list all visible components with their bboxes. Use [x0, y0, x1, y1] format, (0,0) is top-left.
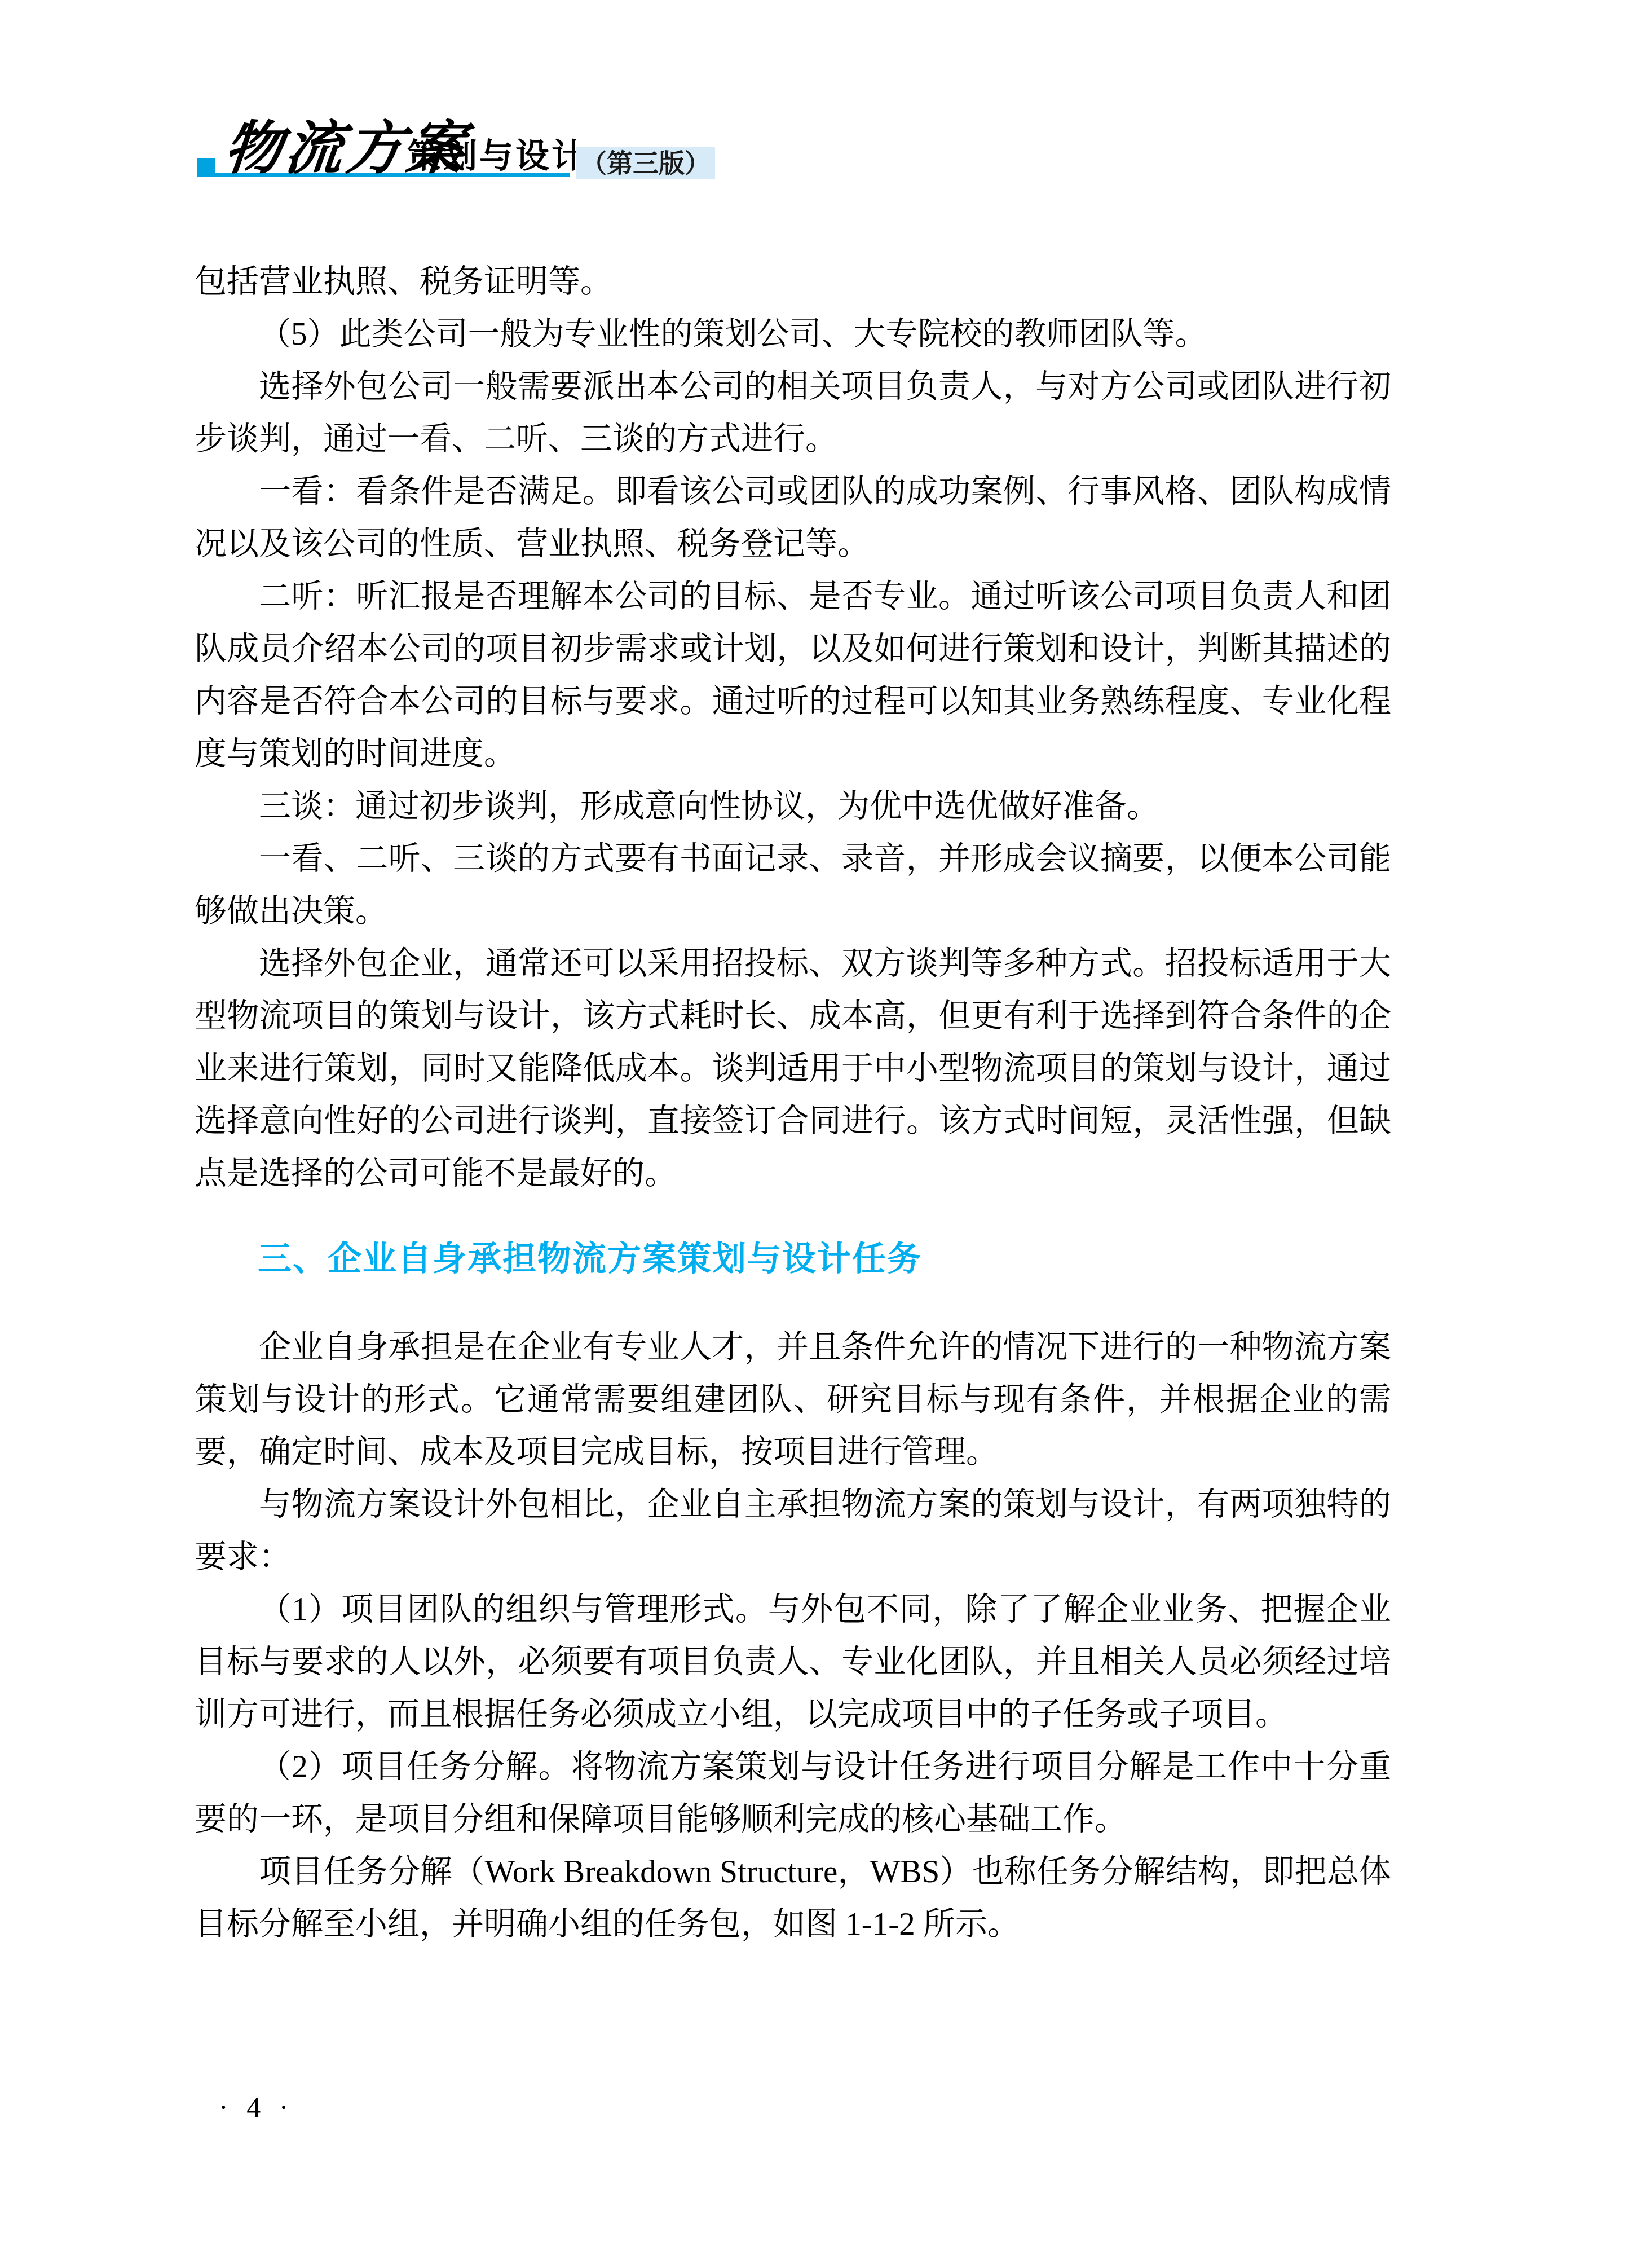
edition-badge: （第三版） — [576, 147, 715, 179]
body-paragraph: 三谈：通过初步谈判，形成意向性协议，为优中选优做好准备。 — [195, 780, 1391, 833]
section-heading: 三、企业自身承担物流方案策划与设计任务 — [195, 1239, 1391, 1279]
body-paragraph: 选择外包企业，通常还可以采用招投标、双方谈判等多种方式。招投标适用于大型物流项目… — [195, 937, 1391, 1200]
page-header: 物流方案 策划与设计 （第三版） — [0, 0, 1628, 226]
body-paragraph: 选择外包公司一般需要派出本公司的相关项目负责人，与对方公司或团队进行初步谈判，通… — [195, 360, 1391, 465]
body-paragraph: 一看：看条件是否满足。即看该公司或团队的成功案例、行事风格、团队构成情况以及该公… — [195, 465, 1391, 570]
body-paragraph: 项目任务分解（Work Breakdown Structure，WBS）也称任务… — [195, 1846, 1391, 1950]
body-paragraph: 一看、二听、三谈的方式要有书面记录、录音，并形成会议摘要，以便本公司能够做出决策… — [195, 833, 1391, 937]
body-paragraph: （5）此类公司一般为专业性的策划公司、大专院校的教师团队等。 — [195, 308, 1391, 360]
body-paragraph: （1）项目团队的组织与管理形式。与外包不同，除了了解企业业务、把握企业目标与要求… — [195, 1583, 1391, 1741]
body-paragraph: 企业自身承担是在企业有专业人才，并且条件允许的情况下进行的一种物流方案策划与设计… — [195, 1321, 1391, 1478]
body-paragraph: （2）项目任务分解。将物流方案策划与设计任务进行项目分解是工作中十分重要的一环，… — [195, 1741, 1391, 1846]
book-subtitle: 策划与设计 — [407, 139, 588, 174]
body-paragraph: 包括营业执照、税务证明等。 — [195, 256, 1391, 308]
body-text-block: 包括营业执照、税务证明等。 （5）此类公司一般为专业性的策划公司、大专院校的教师… — [195, 256, 1391, 1950]
page-number: · 4 · — [219, 2090, 294, 2124]
body-paragraph: 二听：听汇报是否理解本公司的目标、是否专业。通过听该公司项目负责人和团队成员介绍… — [195, 570, 1391, 780]
book-page: 物流方案 策划与设计 （第三版） 包括营业执照、税务证明等。 （5）此类公司一般… — [0, 0, 1628, 2268]
body-paragraph: 与物流方案设计外包相比，企业自主承担物流方案的策划与设计，有两项独特的要求： — [195, 1478, 1391, 1583]
